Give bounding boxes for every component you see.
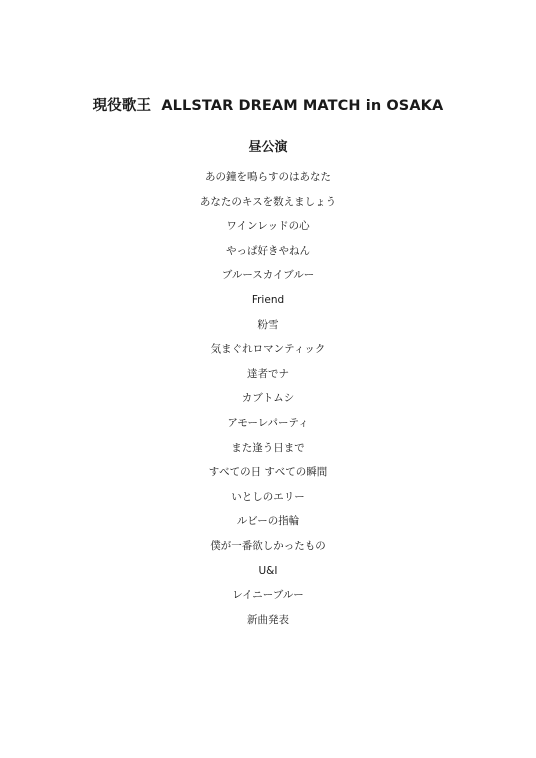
setlist-item: また逢う日まで xyxy=(0,439,536,464)
setlist-item: ルビーの指輪 xyxy=(0,512,536,537)
section-title: 昼公演 xyxy=(0,136,536,155)
setlist-item: U&I xyxy=(0,562,536,587)
setlist-item: すべての日 すべての瞬間 xyxy=(0,463,536,488)
setlist-item: あなたのキスを数えましょう xyxy=(0,193,536,218)
setlist-item: ワインレッドの心 xyxy=(0,217,536,242)
setlist-item: いとしのエリー xyxy=(0,488,536,513)
setlist-item: レイニーブルー xyxy=(0,586,536,611)
setlist-item: ブルースカイブルー xyxy=(0,266,536,291)
setlist-item: アモーレパーティ xyxy=(0,414,536,439)
document-page: 現役歌王 ALLSTAR DREAM MATCH in OSAKA 昼公演 あの… xyxy=(0,0,536,758)
setlist-item: あの鐘を鳴らすのはあなた xyxy=(0,168,536,193)
document-title: 現役歌王 ALLSTAR DREAM MATCH in OSAKA xyxy=(0,94,536,115)
setlist-item: 粉雪 xyxy=(0,316,536,341)
setlist-item: カブトムシ xyxy=(0,389,536,414)
setlist-item: 僕が一番欲しかったもの xyxy=(0,537,536,562)
setlist-item: 気まぐれロマンティック xyxy=(0,340,536,365)
setlist-item: やっぱ好きやねん xyxy=(0,242,536,267)
setlist-item: 新曲発表 xyxy=(0,611,536,636)
setlist: あの鐘を鳴らすのはあなた あなたのキスを数えましょう ワインレッドの心 やっぱ好… xyxy=(0,168,536,635)
setlist-item: 達者でナ xyxy=(0,365,536,390)
setlist-item: Friend xyxy=(0,291,536,316)
